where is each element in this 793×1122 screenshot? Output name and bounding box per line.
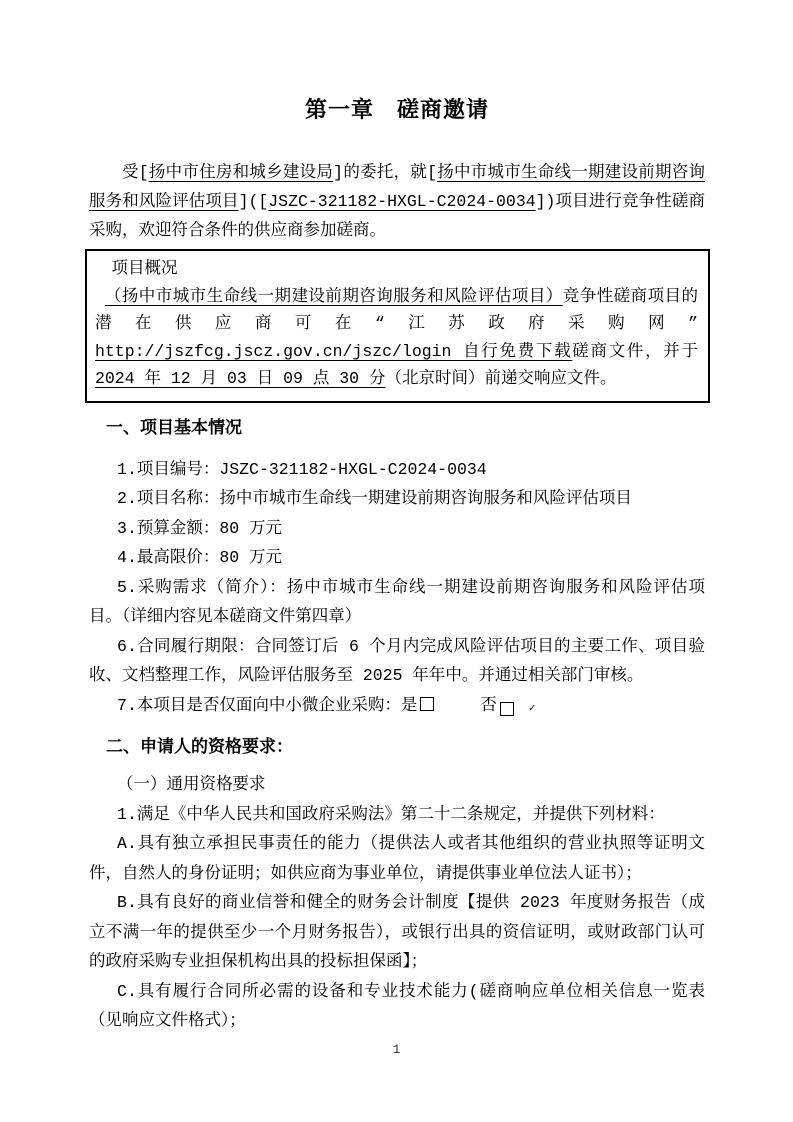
item-smb-procurement: 7.本项目是否仅面向中小微企业采购：是否✓ xyxy=(89,691,705,721)
page-number: 1 xyxy=(0,1042,793,1057)
smb-question-label: 7.本项目是否仅面向中小微企业采购： xyxy=(117,696,401,715)
overview-text-3: （北京时间）前递交响应文件。 xyxy=(385,369,616,388)
section-1-heading: 一、项目基本情况 xyxy=(106,417,705,439)
document-page: 第一章 磋商邀请 受[扬中市住房和城乡建设局]的委托，就[扬中市城市生命线一期建… xyxy=(0,0,793,1122)
general-qualification-subheading: （一）通用资格要求 xyxy=(89,770,705,800)
section-2-heading: 二、申请人的资格要求： xyxy=(106,736,705,758)
overview-paragraph: （扬中市城市生命线一期建设前期咨询服务和风险评估项目）竞争性磋商项目的潜在供应商… xyxy=(95,283,698,393)
check-mark-icon: ✓ xyxy=(529,703,536,715)
item-project-name: 2.项目名称：扬中市城市生命线一期建设前期咨询服务和风险评估项目 xyxy=(89,484,705,514)
project-overview-box: 项目概况 （扬中市城市生命线一期建设前期咨询服务和风险评估项目）竞争性磋商项目的… xyxy=(85,249,710,403)
item-qualification-b: B.具有良好的商业信誉和健全的财务会计制度【提供 2023 年度财务报告（成立不… xyxy=(89,888,705,977)
checkbox-no-checked: ✓ xyxy=(500,702,514,716)
item-project-code: 1.项目编号：JSZC-321182-HXGL-C2024-0034 xyxy=(89,455,705,485)
overview-download-text: 自行免费下载 xyxy=(451,342,572,361)
item-contract-period: 6.合同履行期限：合同签订后 6 个月内完成风险评估项目的主要工作、项目验收、文… xyxy=(89,632,705,691)
overview-project-name: （扬中市城市生命线一期建设前期咨询服务和风险评估项目） xyxy=(105,287,563,306)
item-qualification-law: 1.满足《中华人民共和国政府采购法》第二十二条规定，并提供下列材料： xyxy=(89,800,705,830)
intro-text-mid2: ]([ xyxy=(239,192,269,211)
no-label: 否 xyxy=(480,696,497,715)
purchaser-name: 扬中市住房和城乡建设局 xyxy=(149,163,334,182)
item-procurement-requirement: 5.采购需求（简介）：扬中市城市生命线一期建设前期咨询服务和风险评估项目。（详细… xyxy=(89,573,705,632)
yes-label: 是 xyxy=(401,696,418,715)
item-qualification-a: A.具有独立承担民事责任的能力（提供法人或者其他组织的营业执照等证明文件，自然人… xyxy=(89,829,705,888)
intro-paragraph: 受[扬中市住房和城乡建设局]的委托，就[扬中市城市生命线一期建设前期咨询服务和风… xyxy=(89,158,705,245)
checkbox-yes-unchecked xyxy=(420,697,434,711)
intro-text-pre: 受[ xyxy=(122,163,149,182)
item-qualification-c: C.具有履行合同所必需的设备和专业技术能力(磋商响应单位相关信息一览表（见响应文… xyxy=(89,977,705,1036)
overview-heading: 项目概况 xyxy=(95,255,698,283)
item-budget-amount: 3.预算金额：80 万元 xyxy=(89,514,705,544)
project-code: JSZC-321182-HXGL-C2024-0034 xyxy=(268,192,535,211)
download-url-link[interactable]: http://jszfcg.jscz.gov.cn/jszc/login xyxy=(95,342,451,361)
intro-text-mid1: ]的委托，就[ xyxy=(333,163,437,182)
overview-text-2: 磋商文件，并于 xyxy=(572,342,698,361)
chapter-title: 第一章 磋商邀请 xyxy=(89,96,705,124)
submission-deadline: 2024 年 12 月 03 日 09 点 30 分 xyxy=(95,369,385,388)
item-max-price: 4.最高限价：80 万元 xyxy=(89,543,705,573)
